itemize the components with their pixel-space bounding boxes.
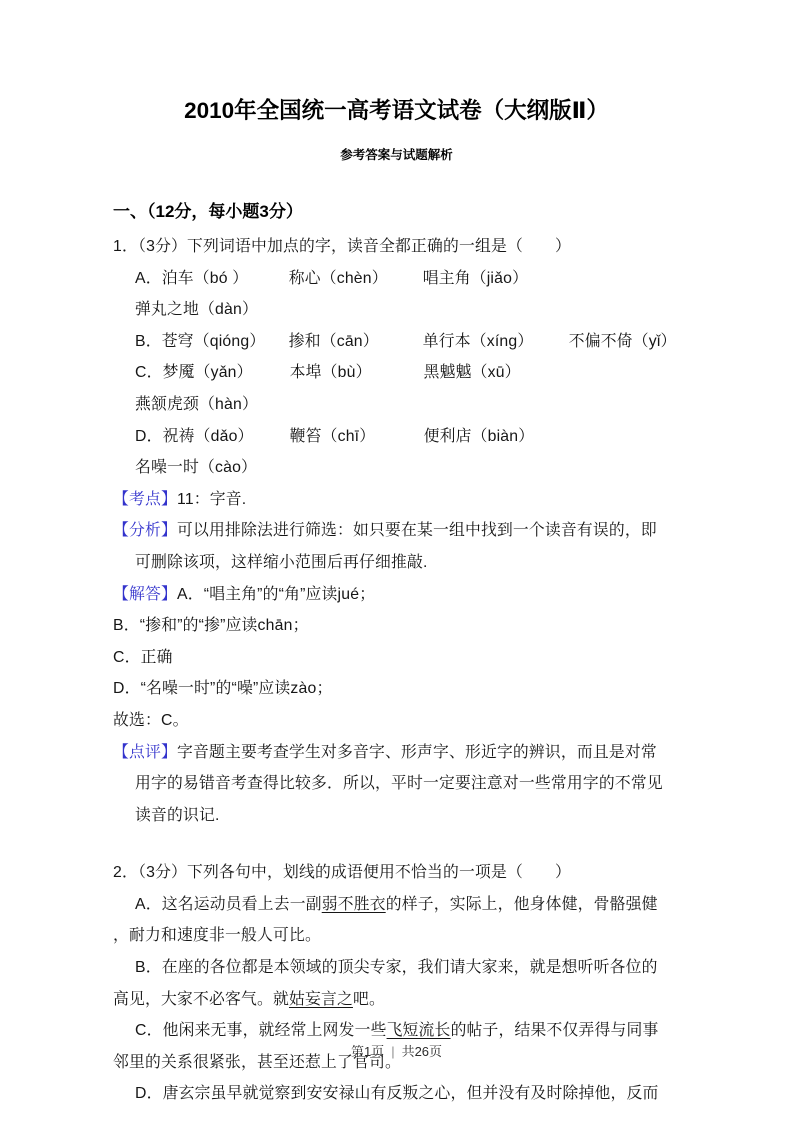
section-heading: 一、（12分，每小题3分） <box>113 199 681 225</box>
fenxi-text: 可以用排除法进行筛选：如只要在某一组中找到一个读音有误的，即 <box>177 522 657 539</box>
q1-dianping-cont: 用字的易错音考查得比较多．所以，平时一定要注意对一些常用字的不常见 <box>113 768 681 800</box>
q1-option-c: C．梦魇（yǎn）本埠（bù）黑魆魆（xū）燕颔虎颈（hàn） <box>113 357 681 420</box>
q2-stem: 2．（3分）下列各句中，划线的成语便用不恰当的一项是（ ） <box>113 857 681 889</box>
option-label: C． <box>135 357 163 389</box>
option-word: 便利店（biàn） <box>424 421 570 453</box>
underlined-idiom: 姑妄言之 <box>289 991 353 1008</box>
page-subtitle: 参考答案与试题解析 <box>0 147 793 163</box>
option-word: 弹丸之地（dàn） <box>135 294 258 326</box>
option-word: 梦魇（yǎn） <box>163 357 290 389</box>
page-title: 2010年全国统一高考语文试卷（大纲版Ⅱ） <box>0 96 793 126</box>
option-text: A．这名运动员看上去一副 <box>135 896 322 913</box>
option-word: 称心（chèn） <box>289 263 423 295</box>
option-label: B． <box>135 326 162 358</box>
option-word: 祝祷（dǎo） <box>163 421 290 453</box>
question-1: 1．（3分）下列词语中加点的字，读音全都正确的一组是（ ） A．泊车（bó ）称… <box>113 231 681 831</box>
q2-option-a-cont: ，耐力和速度非一般人可比。 <box>113 920 681 952</box>
q2-option-d: D．唐玄宗虽早就觉察到安安禄山有反叛之心，但并没有及时除掉他，反而 <box>113 1078 681 1110</box>
q1-jieda: 【解答】A．“唱主角”的“角”应读jué； <box>113 579 681 611</box>
q1-jieda-line-c: C．正确 <box>113 642 681 674</box>
q1-option-a: A．泊车（bó ）称心（chèn）唱主角（jiǎo）弹丸之地（dàn） <box>113 263 681 326</box>
option-word: 名噪一时（cào） <box>135 452 257 484</box>
q1-kaodian: 【考点】11：字音. <box>113 484 681 516</box>
kaodian-tag: 【考点】 <box>113 491 177 508</box>
option-word: 不偏不倚（yǐ） <box>569 326 677 358</box>
q1-jieda-line-b: B．“掺和”的“掺”应读chān； <box>113 610 681 642</box>
q1-jieda-conclusion: 故选：C。 <box>113 705 681 737</box>
option-word: 鞭笞（chī） <box>290 421 424 453</box>
footer-total-pages: 共26页 <box>402 1044 442 1059</box>
option-word: 黑魆魆（xū） <box>424 357 570 389</box>
q1-dianping: 【点评】字音题主要考查学生对多音字、形声字、形近字的辨识，而且是对常 <box>113 737 681 769</box>
option-label: D． <box>135 421 163 453</box>
q1-option-d: D．祝祷（dǎo）鞭笞（chī）便利店（biàn）名噪一时（cào） <box>113 421 681 484</box>
exam-answer-page: 2010年全国统一高考语文试卷（大纲版Ⅱ） 参考答案与试题解析 一、（12分，每… <box>0 0 793 1122</box>
q1-option-b: B．苍穹（qióng）掺和（cān）单行本（xíng）不偏不倚（yǐ） <box>113 326 681 358</box>
option-word: 本埠（bù） <box>290 357 424 389</box>
option-word: 唱主角（jiǎo） <box>423 263 569 295</box>
option-text: 高见，大家不必客气。就 <box>113 991 289 1008</box>
jieda-tag: 【解答】 <box>113 586 177 603</box>
fenxi-tag: 【分析】 <box>113 522 177 539</box>
option-label: A． <box>135 263 162 295</box>
kaodian-text: 11：字音. <box>177 491 246 508</box>
dianping-tag: 【点评】 <box>113 744 177 761</box>
option-text: 吧。 <box>353 991 385 1008</box>
option-text: C．他闲来无事，就经常上网发一些 <box>135 1022 387 1039</box>
jieda-line-a: A．“唱主角”的“角”应读jué； <box>177 586 375 603</box>
q2-option-a: A．这名运动员看上去一副弱不胜衣的样子，实际上，他身体健，骨骼强健 <box>113 889 681 921</box>
option-text: 的样子，实际上，他身体健，骨骼强健 <box>386 896 658 913</box>
q1-dianping-cont: 读音的识记. <box>113 800 681 832</box>
footer-separator: | <box>391 1044 394 1059</box>
underlined-idiom: 飞短流长 <box>387 1022 451 1039</box>
q2-option-b: B．在座的各位都是本领域的顶尖专家，我们请大家来，就是想听听各位的 <box>113 952 681 984</box>
q1-fenxi: 【分析】可以用排除法进行筛选：如只要在某一组中找到一个读音有误的，即 <box>113 515 681 547</box>
option-word: 苍穹（qióng） <box>162 326 289 358</box>
underlined-idiom: 弱不胜衣 <box>322 896 386 913</box>
q2-option-b-cont: 高见，大家不必客气。就姑妄言之吧。 <box>113 984 681 1016</box>
page-footer: 第1页|共26页 <box>0 1041 793 1060</box>
q1-jieda-line-d: D．“名噪一时”的“噪”应读zào； <box>113 673 681 705</box>
option-word: 燕颔虎颈（hàn） <box>135 389 258 421</box>
question-2: 2．（3分）下列各句中，划线的成语便用不恰当的一项是（ ） A．这名运动员看上去… <box>113 857 681 1110</box>
dianping-text: 字音题主要考查学生对多音字、形声字、形近字的辨识，而且是对常 <box>177 744 657 761</box>
footer-current-page: 第1页 <box>351 1044 384 1059</box>
q1-stem: 1．（3分）下列词语中加点的字，读音全都正确的一组是（ ） <box>113 231 681 263</box>
q1-fenxi-cont: 可删除该项，这样缩小范围后再仔细推敲. <box>113 547 681 579</box>
option-text: 的帖子，结果不仅弄得与同事 <box>451 1022 659 1039</box>
option-word: 泊车（bó ） <box>162 263 289 295</box>
option-word: 掺和（cān） <box>289 326 423 358</box>
option-word: 单行本（xíng） <box>423 326 569 358</box>
